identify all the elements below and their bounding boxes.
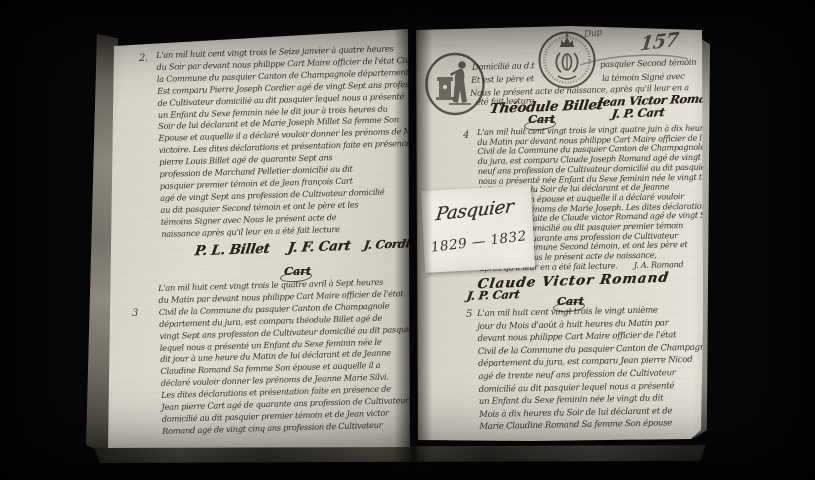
signature: J. Cordier <box>363 236 424 252</box>
slip-title: Pasquier <box>435 196 515 225</box>
entry-number: 2. <box>139 53 148 64</box>
signature: J. P. Cart <box>611 105 666 121</box>
signature: P. L. Billet <box>194 241 271 260</box>
right-page: Dup 157 Domicilié au d.t pasquier Second… <box>410 22 710 444</box>
birth-act-entry-3-text: L'an mil huit cent vingt trois le quatre… <box>158 276 414 438</box>
signature-paraph: Cart <box>284 264 311 278</box>
corner-note: Dup <box>583 28 602 40</box>
signature-paraph: Cart <box>528 112 555 126</box>
birth-act-entry-2-text: L'an mil huit cent vingt trois le Seize … <box>156 43 413 240</box>
archive-label-slip: Pasquier 1829 — 1832 <box>421 185 535 273</box>
slip-years: 1829 — 1832 <box>430 228 528 256</box>
act-conclusion-line: Domicilié au d.t <box>472 60 535 72</box>
birth-act-entry-5-text: L'an mil huit cent vingt trois le vingt … <box>477 304 709 434</box>
entry-number: 4 <box>463 130 469 141</box>
left-page: 2. L'an mil huit cent vingt trois le Sei… <box>98 26 412 450</box>
signature: J. P. Cart <box>466 287 521 303</box>
signature: J. F. Cart <box>287 238 352 256</box>
act-conclusion-line: Et est le père et <box>471 73 534 85</box>
act-conclusion-line: la témoin Signé avec <box>602 71 685 83</box>
entry-number: 5 <box>466 309 472 320</box>
entry-number: 3 <box>132 308 138 319</box>
scanned-register-spread: 2. L'an mil huit cent vingt trois le Sei… <box>0 0 815 480</box>
